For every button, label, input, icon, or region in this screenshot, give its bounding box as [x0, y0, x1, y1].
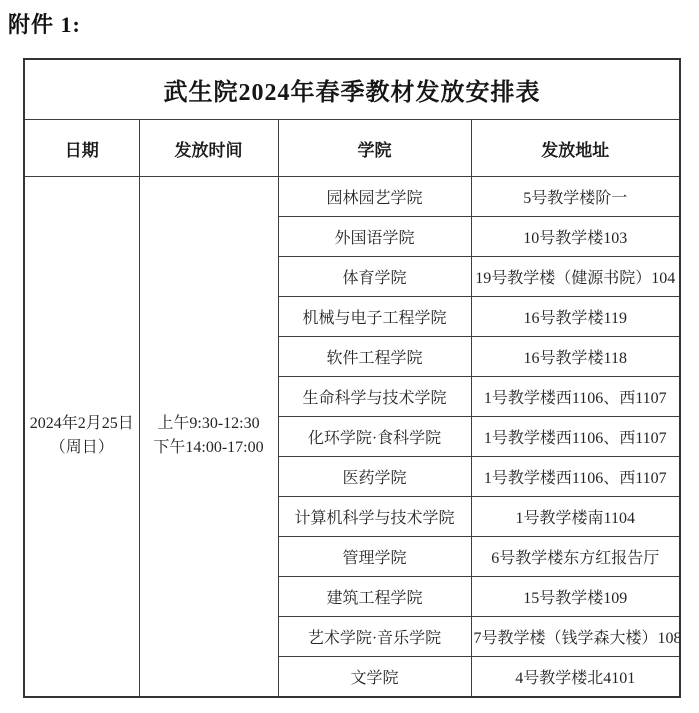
college-cell: 医药学院: [278, 457, 471, 497]
college-cell: 软件工程学院: [278, 337, 471, 377]
college-cell: 艺术学院·音乐学院: [278, 617, 471, 657]
address-cell: 1号教学楼西1106、西1107: [471, 457, 680, 497]
schedule-table: 武生院2024年春季教材发放安排表 日期 发放时间 学院 发放地址 2024年2…: [23, 58, 681, 698]
address-cell: 16号教学楼118: [471, 337, 680, 377]
table-header-row: 日期 发放时间 学院 发放地址: [24, 120, 680, 177]
table-row: 2024年2月25日 （周日） 上午9:30-12:30 下午14:00-17:…: [24, 177, 680, 217]
table-title-row: 武生院2024年春季教材发放安排表: [24, 59, 680, 120]
attachment-label: 附件 1:: [8, 8, 81, 39]
column-header-date: 日期: [24, 120, 139, 177]
date-text-line2: （周日）: [27, 436, 137, 460]
college-cell: 生命科学与技术学院: [278, 377, 471, 417]
address-cell: 10号教学楼103: [471, 217, 680, 257]
address-cell: 6号教学楼东方红报告厅: [471, 537, 680, 577]
column-header-address: 发放地址: [471, 120, 680, 177]
address-cell: 1号教学楼南1104: [471, 497, 680, 537]
college-cell: 外国语学院: [278, 217, 471, 257]
table-title: 武生院2024年春季教材发放安排表: [24, 59, 680, 120]
document-page: { "attachment_label": "附件 1:", "colors":…: [0, 0, 699, 713]
address-cell: 15号教学楼109: [471, 577, 680, 617]
college-cell: 机械与电子工程学院: [278, 297, 471, 337]
address-cell: 16号教学楼119: [471, 297, 680, 337]
date-text-line1: 2024年2月25日: [27, 412, 137, 436]
college-cell: 建筑工程学院: [278, 577, 471, 617]
address-cell: 4号教学楼北4101: [471, 657, 680, 697]
address-cell: 5号教学楼阶一: [471, 177, 680, 217]
address-cell: 1号教学楼西1106、西1107: [471, 417, 680, 457]
college-cell: 化环学院·食科学院: [278, 417, 471, 457]
address-cell: 7号教学楼（钱学森大楼）108: [471, 617, 680, 657]
college-cell: 文学院: [278, 657, 471, 697]
date-cell: 2024年2月25日 （周日）: [24, 177, 139, 697]
address-cell: 1号教学楼西1106、西1107: [471, 377, 680, 417]
college-cell: 管理学院: [278, 537, 471, 577]
column-header-college: 学院: [278, 120, 471, 177]
address-cell: 19号教学楼（健源书院）104: [471, 257, 680, 297]
time-text-line1: 上午9:30-12:30: [142, 412, 276, 436]
college-cell: 计算机科学与技术学院: [278, 497, 471, 537]
college-cell: 园林园艺学院: [278, 177, 471, 217]
time-text-line2: 下午14:00-17:00: [142, 436, 276, 460]
column-header-time: 发放时间: [139, 120, 278, 177]
college-cell: 体育学院: [278, 257, 471, 297]
time-cell: 上午9:30-12:30 下午14:00-17:00: [139, 177, 278, 697]
